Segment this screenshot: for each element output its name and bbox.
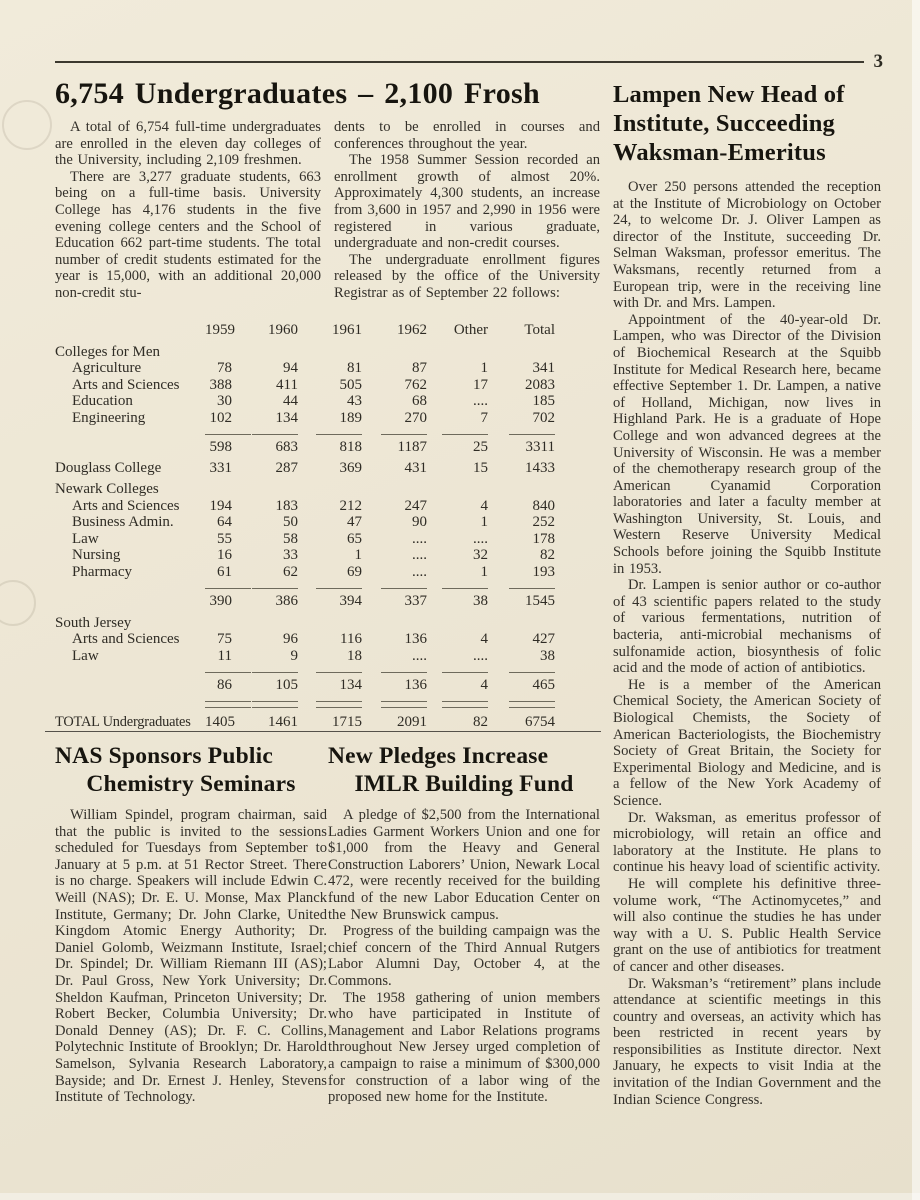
table-cell: 17	[427, 377, 488, 394]
table-cell: 762	[362, 377, 427, 394]
imlr-headline: New Pledges Increase IMLR Building Fund	[328, 742, 600, 798]
table-sum-rule	[252, 701, 298, 708]
table-cell: 65	[298, 531, 362, 548]
table-row: Newark Colleges	[55, 481, 557, 498]
imlr-article: New Pledges Increase IMLR Building Fund …	[328, 742, 600, 1106]
table-cell	[362, 344, 427, 361]
table-cell	[488, 696, 555, 713]
imlr-article-body: A pledge of $2,500 from the Internationa…	[328, 807, 600, 1106]
table-cell: 116	[298, 631, 362, 648]
table-cell: 252	[488, 514, 555, 531]
table-row-label: Pharmacy	[55, 564, 205, 581]
table-cell: 90	[362, 514, 427, 531]
table-row: South Jersey	[55, 615, 557, 632]
table-cell: 38	[488, 648, 555, 665]
table-cell: 62	[232, 564, 298, 581]
table-header-cell: Total	[488, 322, 555, 339]
table-row-label: South Jersey	[55, 615, 205, 632]
table-cell: 69	[298, 564, 362, 581]
table-cell: 4	[427, 631, 488, 648]
table-sum-rule	[316, 434, 362, 435]
section-divider-rule	[45, 731, 601, 732]
table-cell: 702	[488, 410, 555, 427]
table-cell: 337	[362, 593, 427, 610]
lampen-headline-line2: Institute, Succeeding	[613, 109, 881, 138]
table-cell	[232, 481, 298, 498]
table-row: Arts and Sciences388411505762172083	[55, 377, 557, 394]
table-cell	[488, 481, 555, 498]
punch-hole-mark	[2, 100, 52, 150]
table-row	[55, 664, 557, 677]
table-row: 390386394337381545	[55, 593, 557, 610]
nas-article-body: William Spindel, program chairman, said …	[55, 807, 327, 1106]
table-sum-rule	[509, 672, 555, 673]
table-cell: 390	[205, 593, 232, 610]
header-rule	[55, 61, 864, 63]
table-cell: 47	[298, 514, 362, 531]
paragraph: The 1958 Summer Session recorded an enro…	[334, 152, 600, 252]
table-row	[55, 580, 557, 593]
table-row-label: Arts and Sciences	[55, 631, 205, 648]
imlr-headline-line1: New Pledges Increase	[328, 742, 600, 770]
table-row: Law555865........178	[55, 531, 557, 548]
table-cell: 1405	[205, 714, 232, 731]
table-cell: 18	[298, 648, 362, 665]
table-cell: 55	[205, 531, 232, 548]
table-row: Douglass College331287369431151433	[55, 460, 557, 477]
table-cell: 58	[232, 531, 298, 548]
table-row-label: Law	[55, 531, 205, 548]
paragraph: Appointment of the 40-year-old Dr. Lampe…	[613, 312, 881, 578]
table-cell	[488, 344, 555, 361]
paragraph: Dr. Lampen is senior author or co-author…	[613, 577, 881, 677]
main-article-body: A total of 6,754 full-time undergraduate…	[55, 119, 601, 302]
nas-headline: NAS Sponsors Public Chemistry Seminars	[55, 742, 327, 798]
table-cell: 2083	[488, 377, 555, 394]
table-row-label	[55, 677, 205, 694]
table-sum-rule	[509, 434, 555, 435]
table-cell	[427, 481, 488, 498]
main-article: 6,754 Undergraduates – 2,100 Frosh A tot…	[55, 76, 601, 302]
lampen-article-body: Over 250 persons attended the reception …	[613, 179, 881, 1108]
table-cell: 87	[362, 360, 427, 377]
table-row-label: Education	[55, 393, 205, 410]
table-row-label: TOTAL Undergraduates	[55, 714, 205, 731]
table-cell: 94	[232, 360, 298, 377]
table-cell: 247	[362, 498, 427, 515]
page-number: 3	[874, 52, 884, 72]
table-row: Arts and Sciences75961161364427	[55, 631, 557, 648]
table-cell: 82	[427, 714, 488, 731]
table-cell: 102	[205, 410, 232, 427]
table-row-label: Arts and Sciences	[55, 498, 205, 515]
table-cell	[427, 344, 488, 361]
table-sum-rule	[442, 588, 488, 589]
table-cell: 1	[427, 564, 488, 581]
table-sum-rule	[381, 672, 427, 673]
main-headline: 6,754 Undergraduates – 2,100 Frosh	[55, 76, 601, 112]
table-sum-rule	[252, 434, 298, 435]
table-row-label: Engineering	[55, 410, 205, 427]
table-cell: 598	[205, 439, 232, 456]
table-cell: 136	[362, 631, 427, 648]
paragraph: A total of 6,754 full-time undergraduate…	[55, 119, 321, 169]
table-cell: 431	[362, 460, 427, 477]
nas-headline-line2: Chemistry Seminars	[55, 770, 327, 798]
table-row-label	[55, 439, 205, 456]
table-row: Nursing16331....3282	[55, 547, 557, 564]
table-cell: 75	[205, 631, 232, 648]
table-cell: ....	[362, 648, 427, 665]
table-cell: 1433	[488, 460, 555, 477]
imlr-headline-line2: IMLR Building Fund	[328, 770, 600, 798]
lampen-headline-line1: Lampen New Head of	[613, 80, 881, 109]
newspaper-page: 3 6,754 Undergraduates – 2,100 Frosh A t…	[0, 0, 920, 1200]
table-cell: 287	[232, 460, 298, 477]
table-cell: 105	[232, 677, 298, 694]
table-cell: 388	[205, 377, 232, 394]
table-header-cell: 1959	[205, 322, 232, 339]
table-cell: 818	[298, 439, 362, 456]
table-cell: 178	[488, 531, 555, 548]
table-sum-rule	[252, 588, 298, 589]
table-cell: 81	[298, 360, 362, 377]
table-cell	[362, 696, 427, 713]
table-header-cell: 1962	[362, 322, 427, 339]
table-row-label: Arts and Sciences	[55, 377, 205, 394]
table-row-label: Colleges for Men	[55, 344, 205, 361]
paragraph: He is a member of the American Chemical …	[613, 677, 881, 810]
table-row	[55, 426, 557, 439]
table-cell	[298, 344, 362, 361]
table-cell: 465	[488, 677, 555, 694]
table-cell: 25	[427, 439, 488, 456]
table-header-row: 1959196019611962OtherTotal	[55, 322, 557, 339]
punch-hole-mark	[0, 580, 36, 626]
table-cell: 683	[232, 439, 298, 456]
table-cell	[205, 344, 232, 361]
table-row-label: Newark Colleges	[55, 481, 205, 498]
table-cell: 64	[205, 514, 232, 531]
table-cell: 30	[205, 393, 232, 410]
table-row: Colleges for Men	[55, 344, 557, 361]
table-cell: 193	[488, 564, 555, 581]
table-row: 5986838181187253311	[55, 439, 557, 456]
table-cell: 1187	[362, 439, 427, 456]
paragraph: Over 250 persons attended the reception …	[613, 179, 881, 312]
table-cell: 32	[427, 547, 488, 564]
paragraph: dents to be enrolled in courses and conf…	[334, 119, 600, 152]
table-sum-rule	[316, 588, 362, 589]
table-row: Education30444368....185	[55, 393, 557, 410]
paragraph: Dr. Waksman’s “retirement” plans include…	[613, 976, 881, 1109]
table-cell: 9	[232, 648, 298, 665]
table-cell: 134	[298, 677, 362, 694]
table-row: 861051341364465	[55, 677, 557, 694]
paragraph: There are 3,277 graduate students, 663 b…	[55, 169, 321, 302]
table-cell	[427, 615, 488, 632]
table-cell: 82	[488, 547, 555, 564]
table-sum-rule	[381, 434, 427, 435]
table-cell: 341	[488, 360, 555, 377]
table-cell: 1545	[488, 593, 555, 610]
table-cell: 136	[362, 677, 427, 694]
table-cell: 4	[427, 677, 488, 694]
table-cell: 68	[362, 393, 427, 410]
table-cell	[298, 696, 362, 713]
table-cell	[232, 615, 298, 632]
table-cell: 505	[298, 377, 362, 394]
table-cell: 189	[298, 410, 362, 427]
table-cell: 33	[232, 547, 298, 564]
table-cell: ....	[427, 393, 488, 410]
table-cell: 7	[427, 410, 488, 427]
table-cell: 185	[488, 393, 555, 410]
table-row: Business Admin.645047901252	[55, 514, 557, 531]
table-cell: 6754	[488, 714, 555, 731]
table-cell	[427, 696, 488, 713]
table-cell	[232, 696, 298, 713]
table-row-label: Business Admin.	[55, 514, 205, 531]
table-cell: ....	[362, 531, 427, 548]
nas-article: NAS Sponsors Public Chemistry Seminars W…	[55, 742, 327, 1106]
table-cell: ....	[427, 648, 488, 665]
table-cell	[232, 344, 298, 361]
table-cell: ....	[362, 547, 427, 564]
table-cell: 194	[205, 498, 232, 515]
table-row-label: Law	[55, 648, 205, 665]
table-row: TOTAL Undergraduates14051461171520918267…	[55, 714, 557, 731]
table-cell: ....	[427, 531, 488, 548]
table-cell: 1715	[298, 714, 362, 731]
table-cell: 15	[427, 460, 488, 477]
table-row	[55, 696, 557, 713]
table-row-label	[55, 593, 205, 610]
page-header: 3	[55, 52, 883, 72]
paragraph: He will complete his definitive three-vo…	[613, 876, 881, 976]
table-cell: 61	[205, 564, 232, 581]
table-cell: 331	[205, 460, 232, 477]
paragraph: The 1958 gathering of union members who …	[328, 990, 600, 1106]
table-sum-rule	[509, 588, 555, 589]
table-cell: 96	[232, 631, 298, 648]
table-row-label: Douglass College	[55, 460, 205, 477]
table-row: Pharmacy616269....1193	[55, 564, 557, 581]
table-sum-rule	[442, 701, 488, 708]
table-cell: 86	[205, 677, 232, 694]
table-cell: 43	[298, 393, 362, 410]
table-sum-rule	[316, 672, 362, 673]
paragraph: Progress of the building campaign was th…	[328, 923, 600, 989]
lampen-article: Lampen New Head of Institute, Succeeding…	[613, 80, 881, 1108]
table-cell: 183	[232, 498, 298, 515]
table-cell: ....	[362, 564, 427, 581]
table-cell	[488, 615, 555, 632]
table-cell: 386	[232, 593, 298, 610]
table-cell: 4	[427, 498, 488, 515]
table-cell	[298, 481, 362, 498]
table-cell: 369	[298, 460, 362, 477]
table-cell: 11	[205, 648, 232, 665]
table-row-label: Nursing	[55, 547, 205, 564]
enrollment-table: 1959196019611962OtherTotalColleges for M…	[55, 322, 557, 730]
table-cell: 411	[232, 377, 298, 394]
table-cell	[298, 615, 362, 632]
table-cell: 1	[427, 360, 488, 377]
main-article-col2: dents to be enrolled in courses and conf…	[334, 119, 600, 302]
table-cell	[205, 696, 232, 713]
table-sum-rule	[442, 672, 488, 673]
table-sum-rule	[381, 701, 427, 708]
table-cell	[205, 615, 232, 632]
table-row: Engineering1021341892707702	[55, 410, 557, 427]
table-row-label: Agriculture	[55, 360, 205, 377]
table-cell: 1461	[232, 714, 298, 731]
table-cell: 840	[488, 498, 555, 515]
table-header-cell	[55, 322, 205, 339]
table-cell: 134	[232, 410, 298, 427]
table-row: Agriculture789481871341	[55, 360, 557, 377]
nas-headline-line1: NAS Sponsors Public	[55, 742, 327, 770]
lampen-headline-line3: Waksman-Emeritus	[613, 138, 881, 167]
paragraph: The undergraduate enrollment figures rel…	[334, 252, 600, 302]
table-cell: 16	[205, 547, 232, 564]
table-cell: 270	[362, 410, 427, 427]
paragraph: William Spindel, program chairman, said …	[55, 807, 327, 1106]
table-cell: 427	[488, 631, 555, 648]
table-sum-rule	[252, 672, 298, 673]
table-cell: 78	[205, 360, 232, 377]
table-cell: 50	[232, 514, 298, 531]
table-cell	[362, 615, 427, 632]
table-row: Arts and Sciences1941832122474840	[55, 498, 557, 515]
lampen-headline: Lampen New Head of Institute, Succeeding…	[613, 80, 881, 167]
table-header-cell: 1960	[232, 322, 298, 339]
paragraph: Dr. Waksman, as emeritus professor of mi…	[613, 810, 881, 876]
table-sum-rule	[509, 701, 555, 708]
main-article-col1: A total of 6,754 full-time undergraduate…	[55, 119, 321, 302]
table-cell: 38	[427, 593, 488, 610]
table-cell	[205, 481, 232, 498]
table-sum-rule	[316, 701, 362, 708]
table-row: Law11918........38	[55, 648, 557, 665]
table-header-cell: Other	[427, 322, 488, 339]
table-cell: 44	[232, 393, 298, 410]
table-cell: 212	[298, 498, 362, 515]
table-header-cell: 1961	[298, 322, 362, 339]
table-cell: 1	[298, 547, 362, 564]
paragraph: A pledge of $2,500 from the Internationa…	[328, 807, 600, 923]
table-cell	[362, 481, 427, 498]
table-cell: 1	[427, 514, 488, 531]
table-cell: 394	[298, 593, 362, 610]
table-sum-rule	[381, 588, 427, 589]
table-cell: 2091	[362, 714, 427, 731]
table-cell: 3311	[488, 439, 555, 456]
table-sum-rule	[442, 434, 488, 435]
